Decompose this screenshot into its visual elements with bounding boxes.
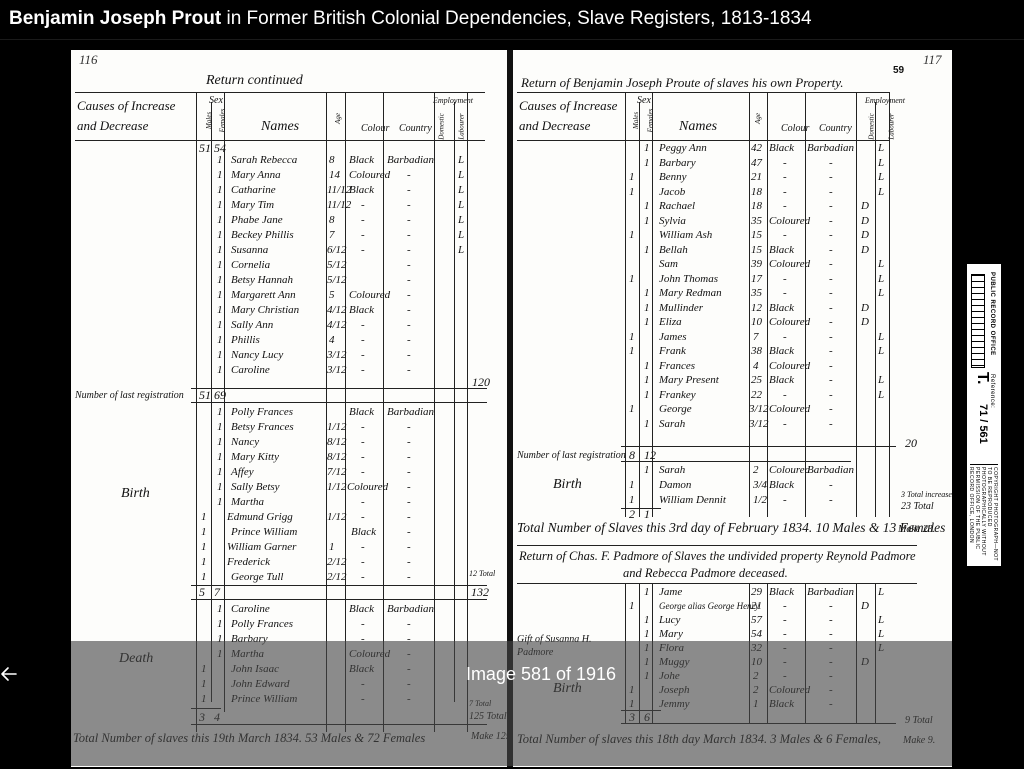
birth-total-females: 7 bbox=[214, 586, 220, 599]
col-females: Females bbox=[216, 109, 229, 133]
birth-running-total: 23 Total bbox=[901, 500, 934, 513]
page-heading: Return of Benjamin Joseph Proute of slav… bbox=[521, 76, 844, 89]
col-females: Females bbox=[644, 109, 657, 133]
col-employment: Employment bbox=[865, 94, 905, 107]
col-domestic: Domestic bbox=[866, 113, 879, 139]
last-registration-label: Number of last registration bbox=[517, 449, 626, 462]
measurement-ruler bbox=[971, 274, 985, 368]
birth-label: Birth bbox=[553, 478, 582, 491]
last-registration-label: Number of last registration bbox=[75, 389, 184, 402]
padmore-heading: Return of Chas. F. Padmore of Slaves the… bbox=[519, 550, 916, 563]
folio-number: 116 bbox=[79, 52, 98, 68]
page-heading: Return continued bbox=[206, 74, 303, 87]
image-info-overlay bbox=[71, 641, 952, 766]
image-counter: Image 581 of 1916 bbox=[449, 663, 633, 685]
birth-total-males: 5 bbox=[199, 586, 205, 599]
closing-total-line-1: Total Number of Slaves this 3rd day of F… bbox=[517, 521, 945, 534]
col-males: Males bbox=[630, 112, 643, 129]
record-title: Benjamin Joseph Prout in Former British … bbox=[0, 0, 1024, 38]
col-names: Names bbox=[261, 120, 299, 133]
col-country: Country bbox=[819, 122, 852, 135]
last-registration-females: 69 bbox=[214, 389, 226, 402]
birth-label: Birth bbox=[121, 487, 150, 500]
page-stamp: 59 bbox=[893, 65, 904, 76]
opening-males: 51 bbox=[199, 142, 211, 155]
pro-heading: PUBLIC RECORD OFFICE bbox=[989, 272, 995, 356]
birth-increase-note: 12 Total bbox=[469, 567, 495, 580]
col-names: Names bbox=[679, 120, 717, 133]
folio-number: 117 bbox=[923, 52, 942, 68]
record-name: Benjamin Joseph Prout bbox=[9, 8, 221, 29]
public-record-office-label: PUBLIC RECORD OFFICE T. Reference: 71 / … bbox=[966, 263, 1002, 567]
pro-piece: 71 / 561 bbox=[977, 404, 989, 444]
col-age: Age bbox=[332, 113, 345, 124]
col-labourer: Labourer bbox=[886, 113, 899, 139]
col-males: Males bbox=[203, 112, 216, 129]
pro-reference-label: Reference: bbox=[989, 374, 995, 408]
collection-name: in Former British Colonial Dependencies,… bbox=[221, 8, 811, 29]
pro-copyright: COPYRIGHT PHOTOGRAPH—NOT TO BE REPRODUCE… bbox=[970, 464, 998, 565]
col-country: Country bbox=[399, 122, 432, 135]
birth-running-total: 132 bbox=[471, 586, 489, 599]
previous-image-button[interactable] bbox=[0, 664, 20, 684]
col-colour: Colour bbox=[361, 122, 389, 135]
padmore-heading-continued: and Rebecca Padmore deceased. bbox=[623, 567, 788, 580]
last-registration-males: 51 bbox=[199, 389, 211, 402]
col-causes: Causes of Increase and Decrease bbox=[77, 96, 197, 136]
col-age: Age bbox=[752, 113, 765, 124]
arrow-left-icon bbox=[0, 664, 20, 684]
col-domestic: Domestic bbox=[436, 113, 449, 139]
col-causes: Causes of Increase and Decrease bbox=[519, 96, 629, 136]
subtotal-a: 20 bbox=[905, 437, 917, 450]
closing-total-make-1: Make 23. bbox=[898, 523, 935, 536]
